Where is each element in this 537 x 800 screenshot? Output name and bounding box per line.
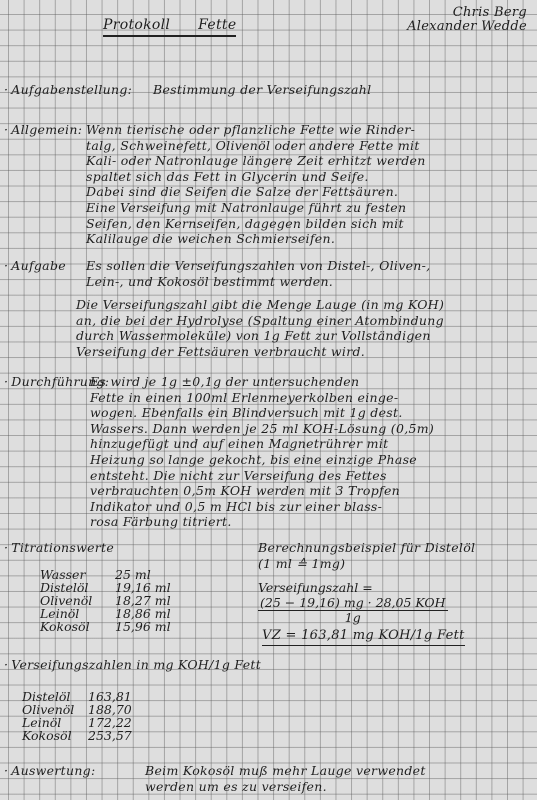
author-2: Alexander Wedde [407,20,527,34]
berechnung-title: Berechnungsbeispiel für Distelöl [258,540,475,556]
aufgabe-label: Aufgabe [4,258,66,274]
titrationswerte-label: Titrationswerte [4,540,114,556]
authors: Chris Berg Alexander Wedde [407,6,527,34]
verseifungszahlen-table: Distelöl163,81 Olivenöl188,70 Leinöl172,… [22,690,132,742]
table-row: Kokosöl15,96 ml [40,620,171,633]
fraction: (25 − 19,16) mg · 28,05 KOH 1g [258,595,448,625]
berechnung-result: VZ = 163,81 mg KOH/1g Fett [262,628,465,646]
aufgabe-text: Es sollen die Verseifungszahlen von Dist… [86,258,430,289]
aufgabenstellung-label: Aufgabenstellung: [4,82,132,98]
berechnung-formula: Verseifungszahl = (25 − 19,16) mg · 28,0… [258,580,537,625]
allgemein-text: Wenn tierische oder pflanzliche Fette wi… [86,122,426,247]
title-fette: Fette [198,17,236,33]
durchfuehrung-text: Es wird je 1g ±0,1g der untersuchenden F… [90,374,434,530]
author-1: Chris Berg [407,6,527,20]
definition-text: Die Verseifungszahl gibt die Menge Lauge… [76,297,444,359]
auswertung-label: Auswertung: [4,763,95,779]
allgemein-label: Allgemein: [4,122,82,138]
title-protokoll: Protokoll [103,17,170,33]
page-title: ProtokollFette [103,18,236,37]
berechnung-subtitle: (1 ml ≙ 1mg) [258,556,345,572]
verseifungszahlen-label: Verseifungszahlen in mg KOH/1g Fett [4,657,261,673]
auswertung-text: Beim Kokosöl muß mehr Lauge verwendet we… [145,763,426,794]
titrationswerte-table: Wasser25 ml Distelöl19,16 ml Olivenöl18,… [40,568,171,633]
aufgabenstellung-text: Bestimmung der Verseifungszahl [153,82,371,98]
table-row: Kokosöl253,57 [22,729,132,742]
